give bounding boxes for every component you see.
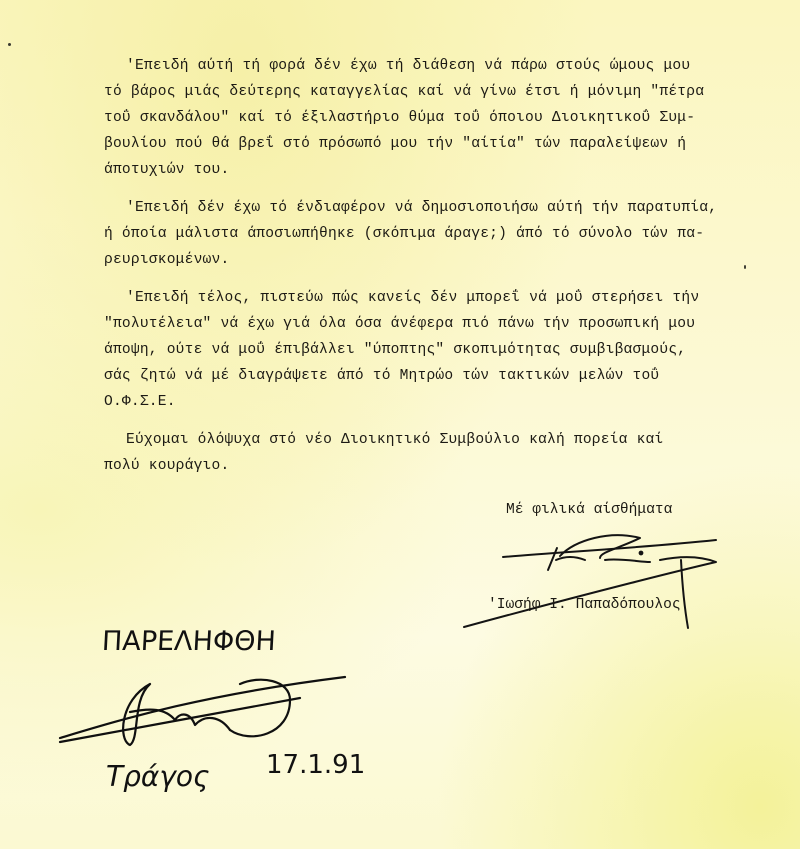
receiver-signature <box>0 0 800 849</box>
receiver-name: Τράγος <box>106 760 209 793</box>
scanned-letter-page: 'Επειδή αύτή τή φορά δέν έχω τή διάθεση … <box>0 0 800 849</box>
received-date: 17.1.91 <box>266 750 365 780</box>
